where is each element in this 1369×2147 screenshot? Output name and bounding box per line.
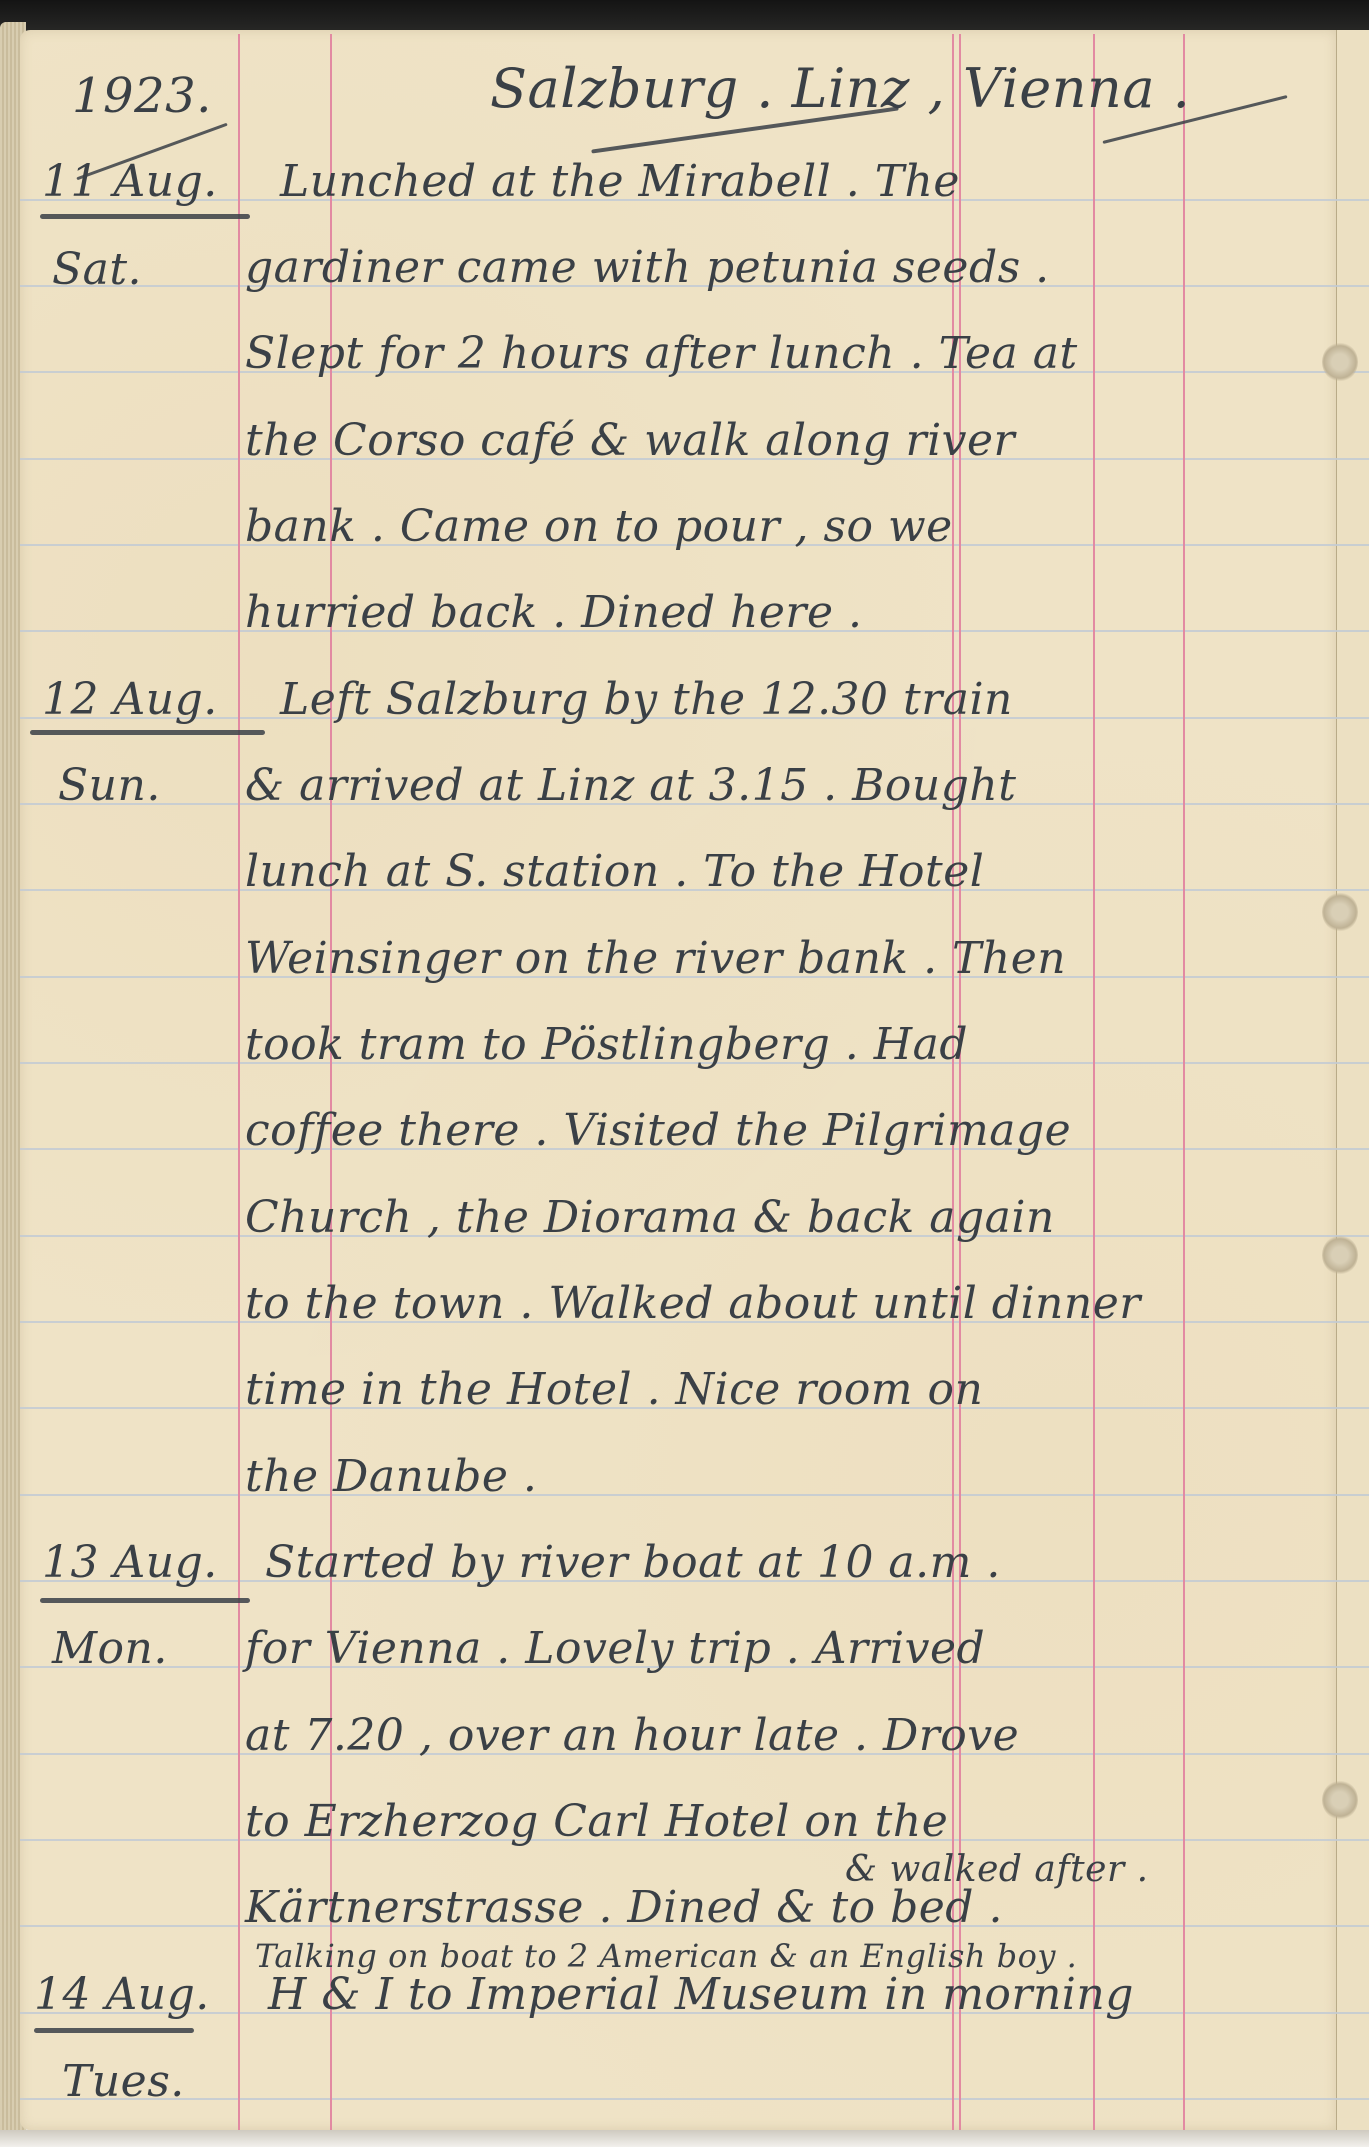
- entry-date: 12 Aug.: [42, 678, 218, 722]
- entry-line: the Danube .: [245, 1455, 537, 1499]
- entry-date: 13 Aug.: [42, 1541, 218, 1585]
- binding-hole: [1322, 1235, 1358, 1275]
- entry-line: time in the Hotel . Nice room on: [245, 1368, 983, 1412]
- entry-line: bank . Came on to pour , so we: [245, 505, 953, 549]
- binding-hole: [1322, 342, 1358, 382]
- entry-day: Tues.: [62, 2060, 185, 2104]
- binding-hole: [1322, 1780, 1358, 1820]
- entry-line: Church , the Diorama & back again: [245, 1196, 1055, 1240]
- year-heading: 1923.: [72, 72, 212, 120]
- entry-line: to the town . Walked about until dinner: [245, 1282, 1141, 1326]
- date-underline: [34, 2028, 194, 2033]
- entry-line: Kärtnerstrasse . Dined & to bed .: [245, 1886, 1003, 1930]
- entry-line: coffee there . Visited the Pilgrimage: [245, 1109, 1071, 1153]
- entry-line: gardiner came with petunia seeds .: [245, 246, 1050, 290]
- entry-line: hurried back . Dined here .: [245, 591, 862, 635]
- entry-line: took tram to Pöstlingberg . Had: [245, 1023, 968, 1067]
- entry-day: Sun.: [58, 764, 161, 808]
- binding-hole: [1322, 892, 1358, 932]
- entry-line: Started by river boat at 10 a.m .: [265, 1541, 1001, 1585]
- page-bottom-shadow: [0, 2130, 1369, 2147]
- entry-line: Lunched at the Mirabell . The: [280, 160, 960, 204]
- entry-line: H & I to Imperial Museum in morning: [268, 1973, 1134, 2017]
- entry-line: & arrived at Linz at 3.15 . Bought: [245, 764, 1016, 808]
- entry-line: at 7.20 , over an hour late . Drove: [245, 1714, 1019, 1758]
- entry-line: Left Salzburg by the 12.30 train: [280, 678, 1013, 722]
- date-underline: [40, 214, 250, 219]
- entry-line: to Erzherzog Carl Hotel on the: [245, 1800, 948, 1844]
- entry-day: Sat.: [52, 248, 142, 292]
- date-underline: [40, 1598, 250, 1603]
- margin-note: Talking on boat to 2 American & an Engli…: [255, 1940, 1077, 1972]
- entry-line: Slept for 2 hours after lunch . Tea at: [245, 332, 1078, 376]
- date-underline: [30, 730, 265, 735]
- entry-line: for Vienna . Lovely trip . Arrived: [245, 1627, 985, 1671]
- entry-date: 14 Aug.: [34, 1973, 210, 2017]
- entry-line: lunch at S. station . To the Hotel: [245, 850, 984, 894]
- page-heading: Salzburg . Linz , Vienna .: [490, 62, 1190, 116]
- entry-line: Weinsinger on the river bank . Then: [245, 937, 1066, 981]
- entry-day: Mon.: [52, 1627, 168, 1671]
- entry-date: 11 Aug.: [42, 160, 218, 204]
- entry-line: the Corso café & walk along river: [245, 419, 1015, 463]
